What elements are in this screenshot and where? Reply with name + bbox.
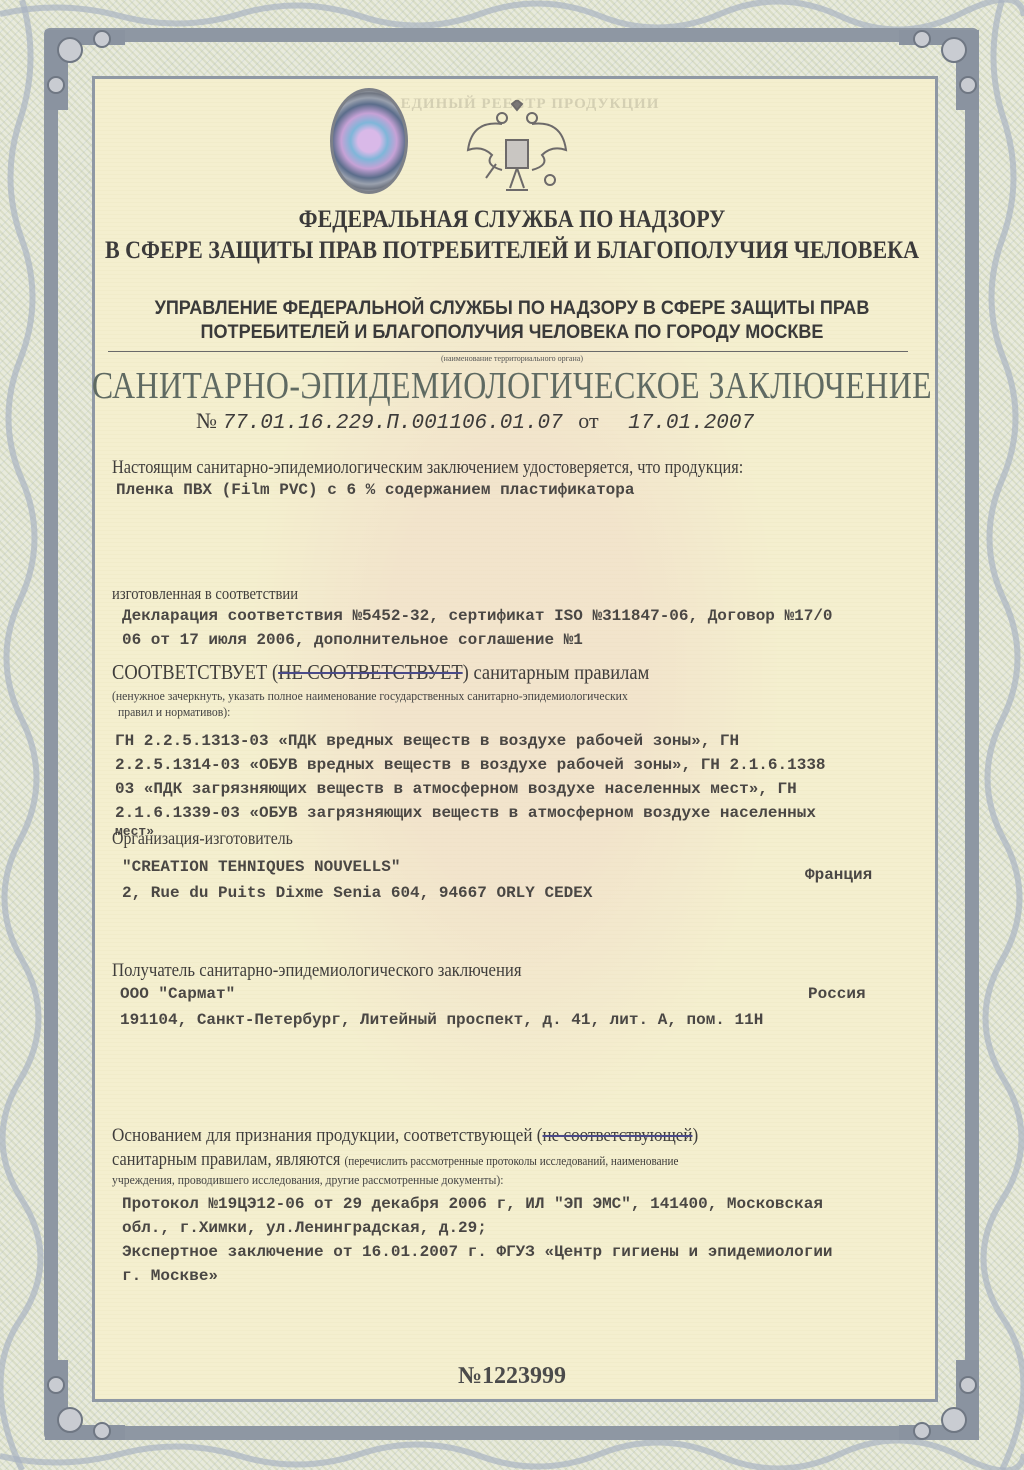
rule-line: 2.1.6.1339-03 «ОБУВ загрязняющих веществ… (115, 804, 816, 822)
complies-word: СООТВЕТСТВУЕТ (112, 660, 267, 684)
complies-statement: СООТВЕТСТВУЕТ (НЕ СООТВЕТСТВУЕТ) санитар… (112, 660, 649, 685)
basis-note: учреждения, проводившего исследования, д… (112, 1172, 504, 1188)
number-prefix: № (196, 408, 217, 433)
recipient-country: Россия (808, 985, 866, 1003)
russian-double-headed-eagle-icon (462, 100, 572, 200)
recipient-label: Получатель санитарно-эпидемиологического… (112, 960, 522, 982)
manufactured-line: Декларация соответствия №5452-32, сертиф… (122, 607, 833, 625)
hologram-seal-icon (330, 88, 408, 194)
certifies-text: Настоящим санитарно-эпидемиологическим з… (112, 457, 743, 479)
basis-text: ) (692, 1125, 698, 1146)
basis-line: санитарным правилам, являются (перечисли… (112, 1149, 678, 1171)
document-number: № 77.01.16.229.П.001106.01.07 от 17.01.2… (196, 408, 754, 435)
recipient-name: ООО "Сармат" (120, 985, 235, 1003)
document-title: САНИТАРНО-ЭПИДЕМИОЛОГИЧЕСКОЕ ЗАКЛЮЧЕНИЕ (82, 364, 942, 408)
basis-line: Основанием для признания продукции, соот… (112, 1125, 698, 1147)
divider (108, 351, 908, 352)
manufactured-line: 06 от 17 июля 2006, дополнительное согла… (122, 631, 583, 649)
manufacturer-name: "CREATION TEHNIQUES NOUVELLS" (122, 858, 400, 876)
complies-note: (ненужное зачеркнуть, указать полное наи… (112, 688, 628, 704)
department-caption: (наименование территориального органа) (0, 354, 1024, 363)
manufactured-label: изготовленная в соответствии (112, 584, 298, 604)
form-serial-number: №1223999 (0, 1363, 1024, 1390)
rule-line: 03 «ПДК загрязняющих веществ в атмосферн… (115, 780, 797, 798)
basis-document: обл., г.Химки, ул.Ленинградская, д.29; (122, 1219, 487, 1237)
product-name: Пленка ПВХ (Film PVC) с 6 % содержанием … (116, 481, 634, 499)
basis-text: Основанием для признания продукции, соот… (112, 1125, 542, 1146)
recipient-address: 191104, Санкт-Петербург, Литейный проспе… (120, 1011, 763, 1029)
issue-date: 17.01.2007 (628, 412, 754, 435)
rule-line: ГН 2.2.5.1313-03 «ПДК вредных веществ в … (115, 732, 739, 750)
department-title-line1: УПРАВЛЕНИЕ ФЕДЕРАЛЬНОЙ СЛУЖБЫ ПО НАДЗОРУ… (26, 298, 999, 320)
basis-document: Экспертное заключение от 16.01.2007 г. Ф… (122, 1243, 833, 1261)
number-value: 77.01.16.229.П.001106.01.07 (223, 412, 563, 435)
complies-suffix: санитарным правилам (473, 660, 649, 684)
agency-title-line1: ФЕДЕРАЛЬНАЯ СЛУЖБА ПО НАДЗОРУ (61, 206, 962, 234)
agency-title-line2: В СФЕРЕ ЗАЩИТЫ ПРАВ ПОТРЕБИТЕЛЕЙ И БЛАГО… (61, 237, 962, 265)
rule-line: 2.2.5.1314-03 «ОБУВ вредных веществ в во… (115, 756, 826, 774)
not-complies-struck: НЕ СООТВЕТСТВУЕТ (278, 660, 463, 684)
department-title-line2: ПОТРЕБИТЕЛЕЙ И БЛАГОПОЛУЧИЯ ЧЕЛОВЕКА ПО … (26, 322, 999, 344)
complies-note: правил и нормативов): (118, 704, 230, 720)
basis-document: г. Москве» (122, 1267, 218, 1285)
date-prefix: от (578, 408, 598, 433)
manufacturer-address: 2, Rue du Puits Dixme Senia 604, 94667 O… (122, 884, 592, 902)
manufacturer-country: Франция (805, 866, 872, 884)
basis-text: санитарным правилам, являются (112, 1149, 340, 1170)
basis-document: Протокол №19ЦЭ12-06 от 29 декабря 2006 г… (122, 1195, 823, 1213)
basis-struck: не соответствующей (542, 1125, 692, 1146)
manufacturer-label: Организация-изготовитель (112, 828, 293, 849)
basis-note: (перечислить рассмотренные протоколы исс… (345, 1153, 679, 1168)
